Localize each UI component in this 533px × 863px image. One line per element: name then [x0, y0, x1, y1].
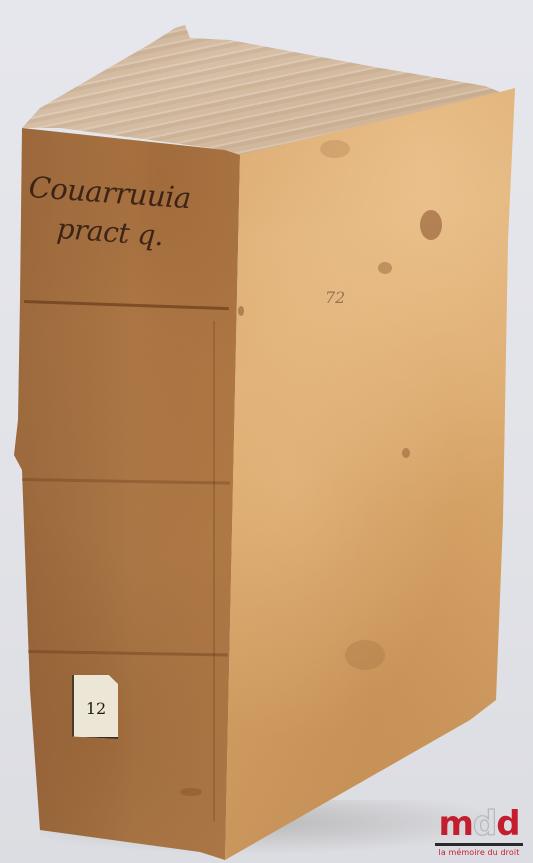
vellum-stain — [320, 140, 350, 158]
shelf-number: 12 — [86, 699, 106, 718]
vellum-stain — [420, 210, 442, 240]
logo-mark: mdd — [431, 807, 527, 841]
book-photograph: Couarruuia pract q. 72 12 mdd la mémoire… — [0, 0, 533, 863]
logo-letter-m: m — [438, 804, 472, 844]
vellum-stain — [345, 640, 385, 670]
logo-letter-d: d — [496, 804, 519, 844]
spine-hinge — [213, 321, 215, 821]
vellum-stain — [238, 306, 244, 316]
shelf-number-label: 12 — [72, 675, 118, 739]
vellum-stain — [402, 448, 410, 458]
cover-annotation: 72 — [325, 288, 345, 307]
mdd-logo: mdd la mémoire du droit — [431, 807, 527, 857]
logo-tagline: la mémoire du droit — [431, 848, 527, 857]
vellum-stain — [180, 788, 202, 796]
logo-letter-d-outline: d — [473, 804, 496, 844]
vellum-stain — [378, 262, 392, 274]
